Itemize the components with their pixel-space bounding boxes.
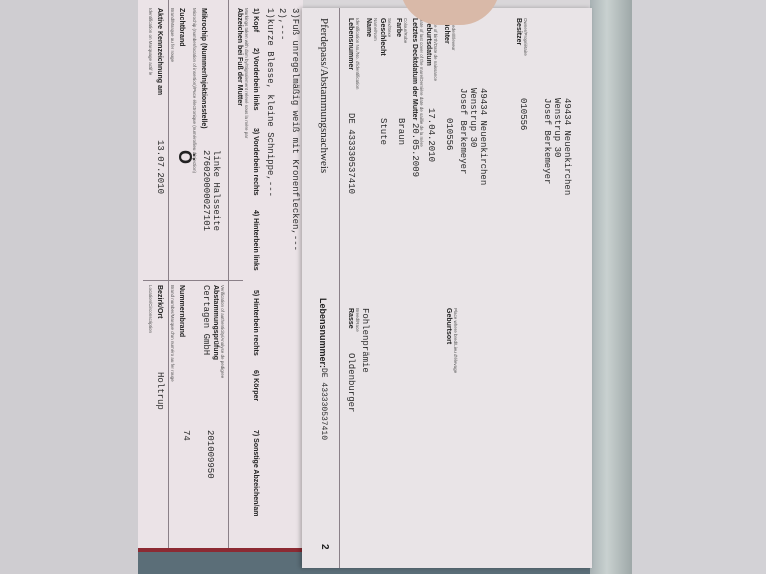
zuechter-id: 010556 (444, 118, 454, 150)
farbe-sub: Colour/Robe (403, 18, 408, 43)
besitzer-id: 010556 (518, 98, 528, 130)
mikrochip-number: 276020000027101 (201, 150, 211, 231)
besitzer-label: Besitzer (515, 18, 522, 45)
bezirk-sub: Location/Circonscription (148, 285, 153, 333)
mikrochip-location: linke Halsseite (211, 150, 221, 231)
fohlenpraemie: Fohlenprämie (360, 308, 370, 373)
abzeichen-col-2: 2) Vorderbein links (252, 48, 259, 111)
aktive-kennzeichnung-value: 13.07.2010 (155, 140, 165, 194)
abstammungspruefung-label: Abstammungsprüfung (212, 285, 219, 360)
deckdatum-label: Letztes Decktdatum der Mutter (411, 18, 418, 120)
nummernbrand-value: 74 (181, 430, 191, 441)
besitzer-name: Josef Berkemeyer (542, 98, 552, 184)
background-left (0, 0, 138, 574)
bezirk-label: Bezirk/Ort (156, 285, 163, 318)
aktive-kennzeichnung-label: Aktive Kennzeichnung am (156, 8, 163, 95)
passport-left-page: Aktive Kennzeichnung am Identification o… (138, 0, 303, 552)
abzeichen-entry-1: 1)kurze Blesse, kleine Schnippe,--- (265, 8, 275, 197)
lebensnummer-sub: Identification No./No. d'identification (355, 18, 360, 89)
name-label: Name (365, 18, 372, 37)
abstammungspruefung-lab: Certagen GmbH (201, 285, 211, 355)
besitzer-city: 49434 Neuenkirchen (562, 98, 572, 195)
geburtsort-label: Geburtsort (445, 308, 452, 344)
abzeichen-sub: Markings taken with dam by/Signalement r… (244, 8, 249, 138)
abzeichen-entry-2: 2),--- (277, 8, 287, 40)
lebensnummer-label: Lebensnummer (347, 18, 354, 70)
geschlecht-value: Stute (378, 118, 388, 145)
passport-right-page: Pferdepass/Abstammungsnachweis Lebensnum… (302, 8, 592, 568)
geburtsdatum-label: Geburtsdatum (425, 18, 432, 66)
geburtsdatum-value: 17.04.2010 (426, 108, 436, 162)
divider (228, 0, 229, 548)
zuechter-city: 49434 Neuenkirchen (478, 88, 488, 185)
zuchtbrand-sub: Brand/Marque au fer rouge (170, 8, 175, 62)
abstammungspruefung-value: 201009950 (205, 430, 215, 479)
lebensnummer-value: DE 433330537410 (346, 113, 356, 194)
zuechter-name: Josef Berkemeyer (458, 88, 468, 174)
bezirk-value: Holtrup (155, 372, 165, 410)
rasse-value: Oldenburger (346, 353, 356, 412)
abzeichen-col-1: 1) Kopf (252, 8, 259, 32)
besitzer-street: Wenstrup 30 (552, 98, 562, 157)
geschlecht-label: Geschlecht (379, 18, 386, 56)
left-page-content: Aktive Kennzeichnung am Identification o… (138, 0, 303, 548)
besitzer-sub: Owner/Propriétaire (523, 18, 528, 56)
divider (168, 0, 169, 548)
abstammungspruefung-sub: Verification of authenticity/Analyse de … (220, 285, 225, 378)
nummernbrand-sub: Brand number/Marque d'un numéro au fer r… (170, 285, 175, 382)
deckdatum-value: 20.05.2009 (410, 123, 420, 177)
right-page-content: Pferdepass/Abstammungsnachweis Lebensnum… (302, 8, 592, 568)
divider (339, 8, 340, 568)
name-sub: Name/Nom (373, 18, 378, 41)
mikrochip-label: Mikrochip (Nummer/Injektionsstelle) (200, 8, 207, 129)
rasse-label: Rasse (347, 308, 354, 329)
geburtsort-sub: Place where bred/Lieu d'élevage (453, 308, 458, 373)
abzeichen-col-4: 4) Hinterbein links (252, 210, 259, 271)
header-lebensnummer-value: DE 433330537410 (319, 368, 328, 440)
abzeichen-col-7: 7) Sonstige Abzeichen/am (252, 430, 259, 516)
nummernbrand-label: Nummernbrand (178, 285, 185, 337)
plastic-sleeve-edge (590, 0, 632, 574)
abzeichen-title: Abzeichen bei Fuß der Mutter (236, 8, 243, 106)
page-title: Pferdepass/Abstammungsnachweis (318, 18, 330, 173)
geschlecht-sub: Sex/Sexe (387, 18, 392, 37)
geburtsdatum-sub: Date of birth/Date de naissance (433, 18, 438, 81)
abzeichen-col-5: 5) Hinterbein rechts (252, 290, 259, 356)
background-right (628, 0, 766, 574)
zuechter-street: Wenstrup 30 (468, 88, 478, 147)
abzeichen-col-3: 3) Vorderbein rechts (252, 128, 259, 196)
mikrochip-sub: Microchip (number/location of insertion)… (192, 8, 197, 173)
abzeichen-col-6: 6) Körper (252, 370, 259, 401)
farbe-value: Braun (396, 118, 406, 145)
abzeichen-entry-3: 3)Fuß unregelmäßig weiß mit Kronenflecke… (290, 8, 300, 251)
zuchtbrand-label: Zuchtbrand (178, 8, 185, 47)
page-number: 2 (319, 544, 330, 550)
farbe-label: Farbe (395, 18, 402, 37)
header-lebensnummer-label: Lebensnummer: (318, 298, 328, 368)
aktive-kennzeichnung-sub: Identification on Marquage actif le (148, 8, 153, 75)
